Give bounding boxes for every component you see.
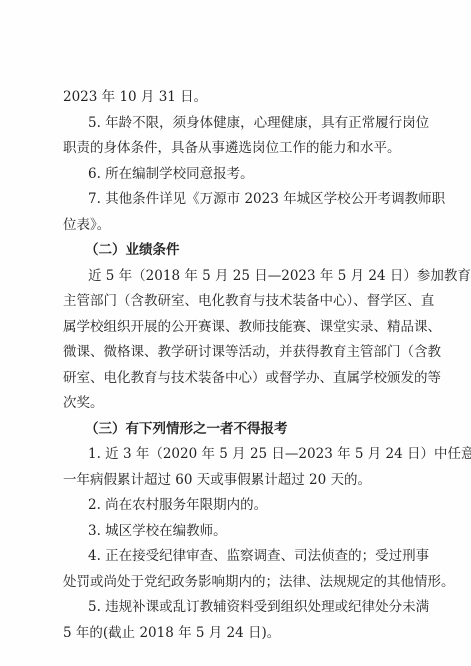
text-line: 一年病假累计超过 60 天或事假累计超过 20 天的。 <box>63 470 413 490</box>
text-line: 2023 年 10 月 31 日。 <box>63 87 413 107</box>
text-line: 4. 正在接受纪律审查、监察调查、司法侦查的；受过刑事 <box>88 546 413 566</box>
text-line: 研室、电化教育与技术装备中心）或督学办、直属学校颁发的等 <box>63 368 413 388</box>
text-line: 5. 违规补课或乱订教辅资料受到组织处理或纪律处分未满 <box>88 597 413 617</box>
text-line: 5. 年龄不限，须身体健康，心理健康，具有正常履行岗位 <box>88 113 413 133</box>
text-line: 次奖。 <box>63 393 413 413</box>
text-line: 1. 近 3 年（2020 年 5 月 25 日—2023 年 5 月 24 日… <box>88 444 413 464</box>
text-line: 2. 尚在农村服务年限期内的。 <box>88 495 413 515</box>
text-line: 6. 所在编制学校同意报考。 <box>88 164 413 184</box>
text-line: 处罚或尚处于党纪政务影响期内的；法律、法规规定的其他情形。 <box>63 572 413 592</box>
text-line: 位表》。 <box>63 215 413 235</box>
section-heading: （三）有下列情形之一者不得报考 <box>85 419 435 439</box>
text-line: 5 年的(截止 2018 年 5 月 24 日)。 <box>63 623 413 643</box>
text-line: 职责的身体条件，具备从事遴选岗位工作的能力和水平。 <box>63 138 413 158</box>
text-line: 近 5 年（2018 年 5 月 25 日—2023 年 5 月 24 日）参加… <box>88 266 413 286</box>
text-line: 3. 城区学校在编教师。 <box>88 521 413 541</box>
text-line: 主管部门（含教研室、电化教育与技术装备中心）、督学区、直 <box>63 291 413 311</box>
section-heading: （二）业绩条件 <box>85 240 435 260</box>
text-line: 属学校组织开展的公开赛课、教师技能赛、课堂实录、精品课、 <box>63 317 413 337</box>
document-page: 2023 年 10 月 31 日。 5. 年龄不限，须身体健康，心理健康，具有正… <box>0 0 471 666</box>
text-line: 7. 其他条件详见《万源市 2023 年城区学校公开考调教师职 <box>88 189 413 209</box>
text-line: 微课、微格课、教学研讨课等活动，并获得教育主管部门（含教 <box>63 342 413 362</box>
